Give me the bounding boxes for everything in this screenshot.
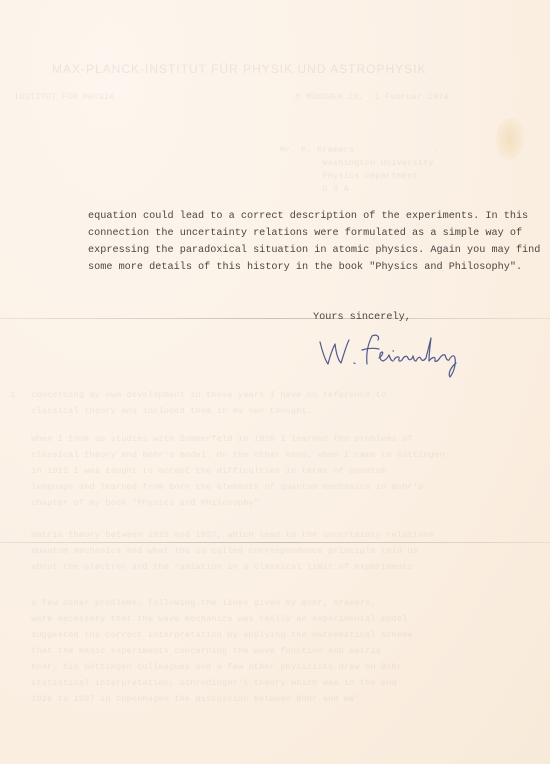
- letter-body: equation could lead to a correct descrip…: [88, 208, 528, 276]
- paper-fold-line: [0, 542, 550, 543]
- bleed-through-text: matrix theory between 1925 and 1927, whi…: [10, 530, 434, 540]
- address-ghost-line: U S A: [280, 184, 349, 194]
- bleed-through-text: that the basic experiments concerning th…: [10, 646, 381, 656]
- bleed-through-text: statistical interpretation, Schrödinger'…: [10, 678, 397, 688]
- body-line: connection the uncertainty relations wer…: [88, 225, 528, 242]
- bleed-through-text: suggested the correct interpretation by …: [10, 630, 413, 640]
- address-ghost-line: Mr. F. Kramers .: [280, 145, 439, 155]
- bleed-through-text: were necessary that the wave mechanics w…: [10, 614, 408, 624]
- bleed-through-text: bear, his Göttingen colleagues and a few…: [10, 662, 402, 672]
- bleed-through-text: When I took up studies with Sommerfeld i…: [10, 434, 413, 444]
- bleed-through-text: chapter of my book "Physics and Philosop…: [10, 498, 264, 508]
- bleed-through-text: 1. concerning my own development in thos…: [10, 390, 386, 400]
- bleed-through-text: a few other problems, following the line…: [10, 598, 376, 608]
- bleed-through-text: 1926 to 1927 in Copenhagen the discussio…: [10, 694, 360, 704]
- body-line: expressing the paradoxical situation in …: [88, 242, 528, 259]
- paper-stain: [496, 118, 524, 160]
- body-line: some more details of this history in the…: [88, 259, 528, 276]
- bleed-through-text: classical theory and Bohr's model. On th…: [10, 450, 445, 460]
- bleed-through-text: classical theory and included them in my…: [10, 406, 312, 416]
- paper-fold-line: [0, 318, 550, 319]
- body-line: equation could lead to a correct descrip…: [88, 208, 528, 225]
- address-ghost-line: Washington University: [280, 158, 434, 168]
- letterhead-title: MAX-PLANCK-INSTITUT FÜR PHYSIK UND ASTRO…: [52, 62, 427, 76]
- letterhead-ghost-line: INSTITUT FÜR PHYSIK 8 MÜNCHEN 23, 1 Febr…: [14, 92, 449, 102]
- address-ghost-line: Physics Department: [280, 171, 418, 181]
- bleed-through-text: in 1922 I was taught to accept the diffi…: [10, 466, 386, 476]
- bleed-through-text: quantum mechanics and what the so called…: [10, 546, 418, 556]
- bleed-through-text: about the electron and the radiation in …: [10, 562, 413, 572]
- bleed-through-text: language and learned from Born the eleme…: [10, 482, 423, 492]
- letter-page: MAX-PLANCK-INSTITUT FÜR PHYSIK UND ASTRO…: [0, 0, 550, 764]
- handwritten-signature: W. Heisenberg: [316, 330, 486, 380]
- closing-salutation: Yours sincerely,: [313, 312, 411, 323]
